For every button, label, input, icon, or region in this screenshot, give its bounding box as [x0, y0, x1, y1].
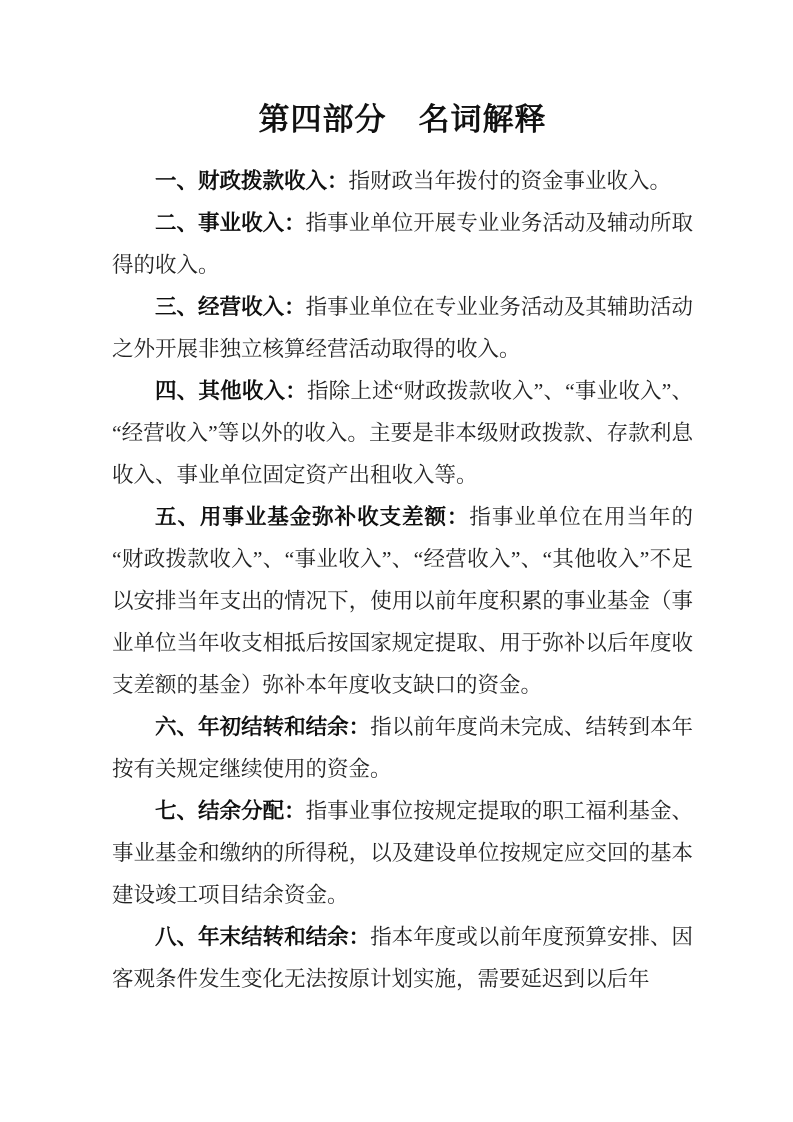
term-item: 一、财政拨款收入：指财政当年拨付的资金事业收入。	[112, 160, 693, 202]
term-item: 七、结余分配：指事业事位按规定提取的职工福利基金、事业基金和缴纳的所得税，以及建…	[112, 790, 693, 916]
term-item: 三、经营收入：指事业单位在专业业务活动及其辅助活动之外开展非独立核算经营活动取得…	[112, 286, 693, 370]
term-item: 二、事业收入：指事业单位开展专业业务活动及辅动所取得的收入。	[112, 202, 693, 286]
term-label: 一、财政拨款收入：	[155, 169, 349, 193]
term-label: 七、结余分配：	[155, 799, 306, 823]
term-item: 八、年末结转和结余：指本年度或以前年度预算安排、因客观条件发生变化无法按原计划实…	[112, 916, 693, 1000]
term-label: 五、用事业基金弥补收支差额：	[155, 505, 469, 529]
page-title: 第四部分 名词解释	[112, 96, 693, 144]
term-label: 六、年初结转和结余：	[155, 715, 370, 739]
term-item: 四、其他收入：指除上述“财政拨款收入”、“事业收入”、“经营收入”等以外的收入。…	[112, 370, 693, 496]
term-definition: 指事业单位在用当年的“财政拨款收入”、“事业收入”、“经营收入”、“其他收入”不…	[112, 505, 693, 697]
document-content: 第四部分 名词解释 一、财政拨款收入：指财政当年拨付的资金事业收入。 二、事业收…	[0, 0, 793, 1000]
term-item: 六、年初结转和结余：指以前年度尚未完成、结转到本年按有关规定继续使用的资金。	[112, 706, 693, 790]
term-label: 八、年末结转和结余：	[155, 925, 370, 949]
term-label: 三、经营收入：	[155, 295, 306, 319]
term-definition: 指财政当年拨付的资金事业收入。	[349, 169, 672, 193]
term-item: 五、用事业基金弥补收支差额：指事业单位在用当年的“财政拨款收入”、“事业收入”、…	[112, 496, 693, 706]
term-label: 二、事业收入：	[155, 211, 306, 235]
document-page: 第四部分 名词解释 一、财政拨款收入：指财政当年拨付的资金事业收入。 二、事业收…	[0, 0, 793, 1122]
term-label: 四、其他收入：	[155, 379, 307, 403]
